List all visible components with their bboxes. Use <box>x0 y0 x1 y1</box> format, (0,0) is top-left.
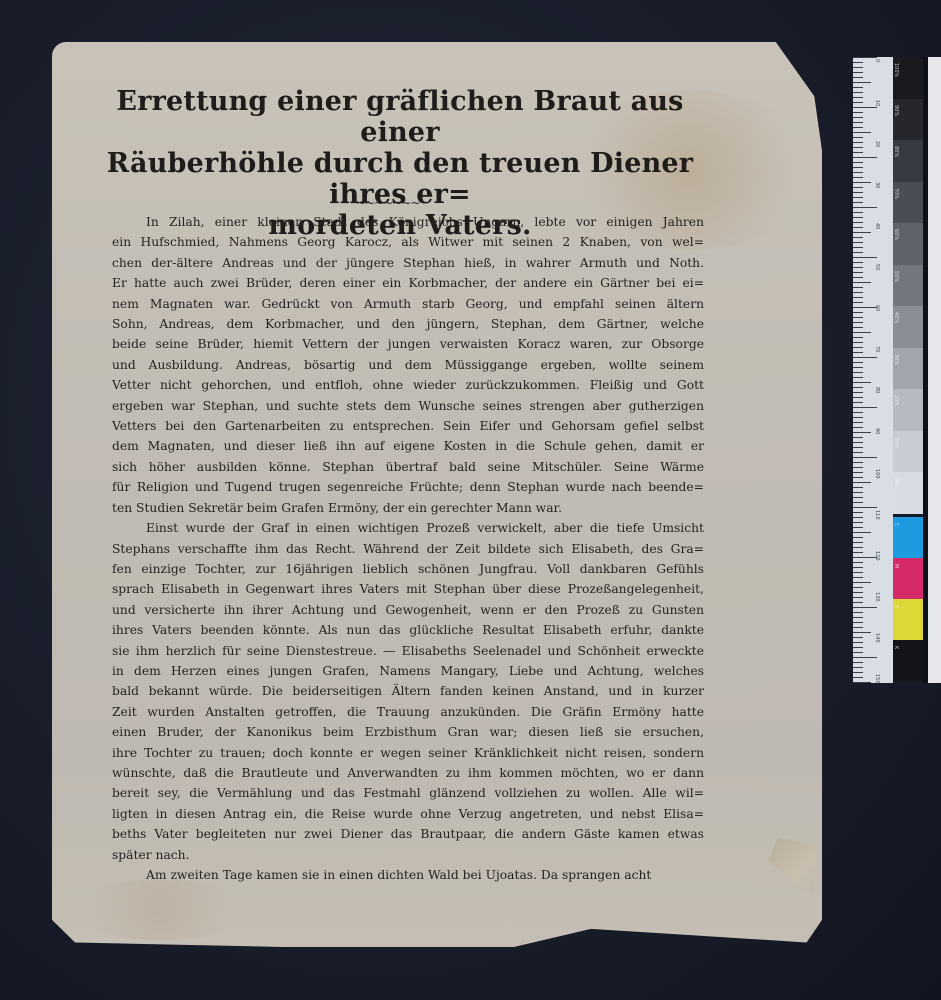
text-line: ein Hufschmied, Nahmens Georg Karocz, al… <box>78 232 704 252</box>
ruler-tick <box>853 257 877 258</box>
ruler-tick <box>853 142 863 143</box>
ruler-tick <box>853 352 863 353</box>
color-patch: Y <box>893 599 923 640</box>
ruler-tick <box>853 362 863 363</box>
text-line: ergeben war Stephan, und suchte stets de… <box>78 396 704 416</box>
patch-label: 10% <box>893 437 899 448</box>
ruler-tick <box>853 432 871 433</box>
ruler-tick <box>853 367 863 368</box>
ruler-tick <box>853 657 877 658</box>
ruler-tick <box>853 217 863 218</box>
ruler-tick <box>853 482 871 483</box>
ruler-tick <box>853 412 863 413</box>
ruler-tick <box>853 157 877 158</box>
gray-patch: 80% <box>893 140 923 182</box>
patch-label: 50% <box>893 271 899 282</box>
ruler-tick <box>853 407 877 408</box>
ruler-tick <box>853 267 863 268</box>
ruler-label: 140 <box>874 633 880 643</box>
ruler-tick <box>853 467 863 468</box>
ruler-tick <box>853 382 871 383</box>
ruler-tick <box>853 632 871 633</box>
text-line: in dem Herzen eines jungen Grafen, Namen… <box>78 661 704 681</box>
ruler-tick <box>853 172 863 173</box>
ruler-tick <box>853 652 863 653</box>
gray-patch: 10% <box>893 431 923 473</box>
ruler-tick <box>853 112 863 113</box>
paragraph: In Zilah, einer kleinen Stadt des Königr… <box>112 212 704 518</box>
ruler-tick <box>853 302 863 303</box>
ruler-tick <box>853 282 871 283</box>
ruler-tick <box>853 622 863 623</box>
text-line: einen Bruder, der Kanonikus beim Erzbist… <box>78 722 704 742</box>
ruler-tick <box>853 607 877 608</box>
body-text: In Zilah, einer kleinen Stadt des Königr… <box>112 212 704 885</box>
ruler-tick <box>853 212 863 213</box>
ruler-tick <box>853 327 863 328</box>
ruler-tick <box>853 647 863 648</box>
color-patch: C <box>893 517 923 558</box>
ruler-tick <box>853 117 863 118</box>
text-line: fen einzige Tochter, zur 16jährigen lieb… <box>78 559 704 579</box>
ruler-tick <box>853 192 863 193</box>
paper-stain <box>60 880 260 940</box>
ruler-tick <box>853 247 863 248</box>
patch-label: M <box>893 564 899 568</box>
ruler-tick <box>853 287 863 288</box>
patch-label: 20% <box>893 395 899 406</box>
ruler-tick <box>853 612 863 613</box>
ruler-tick <box>853 642 863 643</box>
ruler-tick <box>853 132 871 133</box>
ruler-tick <box>853 137 863 138</box>
title-line: Errettung einer gräflichen Braut aus ein… <box>100 86 700 148</box>
ruler-tick <box>853 487 863 488</box>
ruler-tick <box>853 227 863 228</box>
ruler-tick <box>853 277 863 278</box>
ruler-label: 80 <box>874 387 880 393</box>
ruler-tick <box>853 177 863 178</box>
ruler-tick <box>853 372 863 373</box>
ruler-tick <box>853 597 863 598</box>
measurement-ruler: 0102030405060708090100110120130140150 <box>853 57 893 683</box>
ruler-label: 60 <box>874 305 880 311</box>
ruler-tick <box>853 237 863 238</box>
text-line: bald bekannt würde. Die beiderseitigen Ä… <box>78 681 704 701</box>
ruler-tick <box>853 197 863 198</box>
patch-label: 90% <box>893 105 899 116</box>
ruler-tick <box>853 582 871 583</box>
ruler-tick <box>853 542 863 543</box>
text-line: Vetter nicht gehorchen, und entfloh, ohn… <box>78 375 704 395</box>
ruler-tick <box>853 152 863 153</box>
ruler-tick <box>853 182 871 183</box>
gray-patch: 100% <box>893 57 923 99</box>
ruler-tick <box>853 512 863 513</box>
ruler-tick <box>853 452 863 453</box>
ruler-tick <box>853 567 863 568</box>
patch-label: 100% <box>893 63 899 77</box>
ruler-tick <box>853 342 863 343</box>
ruler-tick <box>853 492 863 493</box>
ruler-tick <box>853 592 863 593</box>
text-line: und versicherte ihn ihrer Achtung und Ge… <box>78 600 704 620</box>
color-patches: 100%90%80%70%60%50%40%30%20%10%0%CMYK <box>893 57 923 683</box>
ruler-tick <box>853 677 863 678</box>
text-line: sprach Elisabeth in Gegenwart ihres Vate… <box>78 579 704 599</box>
ruler-label: 120 <box>874 551 880 561</box>
ruler-tick <box>853 507 877 508</box>
ruler-tick <box>853 207 877 208</box>
text-line: In Zilah, einer kleinen Stadt des Königr… <box>112 212 704 232</box>
gray-patch: 30% <box>893 348 923 390</box>
gray-patch: 90% <box>893 99 923 141</box>
ruler-tick <box>853 662 863 663</box>
ruler-tick <box>853 667 863 668</box>
text-line: ligten in diesen Antrag ein, die Reise w… <box>78 804 704 824</box>
text-line: ihre Tochter zu trauen; doch konnte er w… <box>78 743 704 763</box>
gray-patch: 70% <box>893 182 923 224</box>
patch-label: 70% <box>893 188 899 199</box>
ruler-tick <box>853 347 863 348</box>
patch-label: C <box>893 523 899 527</box>
ruler-label: 70 <box>874 346 880 352</box>
gray-patch: 20% <box>893 389 923 431</box>
ruler-tick <box>853 517 863 518</box>
ruler-tick <box>853 377 863 378</box>
color-patch: K <box>893 640 923 681</box>
ruler-tick <box>853 77 863 78</box>
ruler-label: 100 <box>874 469 880 479</box>
ruler-tick <box>853 417 863 418</box>
ruler-tick <box>853 552 863 553</box>
text-line: sie ihm herzlich für seine Dienstestreue… <box>78 641 704 661</box>
ruler-tick <box>853 357 877 358</box>
ruler-tick <box>853 97 863 98</box>
ruler-tick <box>853 122 863 123</box>
patch-label: K <box>893 646 899 649</box>
ruler-tick <box>853 682 871 683</box>
patch-label: 60% <box>893 229 899 240</box>
text-line: sich höher ausbilden könne. Stephan über… <box>78 457 704 477</box>
text-line: Er hatte auch zwei Brüder, deren einer e… <box>78 273 704 293</box>
ruler-label: 150 <box>874 674 880 684</box>
text-line: beide seine Brüder, hiemit Vettern der j… <box>78 334 704 354</box>
ruler-tick <box>853 547 863 548</box>
ruler-tick <box>853 587 863 588</box>
text-line: Zeit wurden Anstalten getroffen, die Tra… <box>78 702 704 722</box>
ruler-tick <box>853 312 863 313</box>
ruler-tick <box>853 147 863 148</box>
ruler-tick <box>853 437 863 438</box>
ruler-tick <box>853 322 863 323</box>
ruler-tick <box>853 87 863 88</box>
ruler-tick <box>853 502 863 503</box>
text-line: dem Magnaten, und dieser ließ ihn auf ei… <box>78 436 704 456</box>
ruler-tick <box>853 72 863 73</box>
ruler-tick <box>853 617 863 618</box>
text-line: und Ausbildung. Andreas, bösartig und de… <box>78 355 704 375</box>
ruler-tick <box>853 627 863 628</box>
white-reference-strip <box>928 57 941 683</box>
ruler-tick <box>853 472 863 473</box>
ruler-tick <box>853 387 863 388</box>
ruler-tick <box>853 497 863 498</box>
ruler-label: 40 <box>874 223 880 229</box>
ruler-tick <box>853 532 871 533</box>
ruler-tick <box>853 537 863 538</box>
text-line: Sohn, Andreas, dem Korbmacher, und den j… <box>78 314 704 334</box>
ruler-tick <box>853 572 863 573</box>
ruler-label: 130 <box>874 592 880 602</box>
ruler-label: 30 <box>874 182 880 188</box>
ruler-tick <box>853 462 863 463</box>
ruler-label: 110 <box>874 510 880 520</box>
ruler-tick <box>853 272 863 273</box>
gray-patch: 50% <box>893 265 923 307</box>
ruler-tick <box>853 402 863 403</box>
ruler-label: 50 <box>874 264 880 270</box>
ruler-tick <box>853 82 871 83</box>
ruler-tick <box>853 92 863 93</box>
ruler-label: 0 <box>874 59 880 62</box>
text-line: chen der-ältere Andreas und der jüngere … <box>78 253 704 273</box>
ruler-label: 10 <box>874 100 880 106</box>
ruler-tick <box>853 527 863 528</box>
ruler-tick <box>853 577 863 578</box>
paragraph: Am zweiten Tage kamen sie in einen dicht… <box>112 865 704 885</box>
color-calibration-target: 0102030405060708090100110120130140150 10… <box>853 57 941 683</box>
gray-patch: 40% <box>893 306 923 348</box>
patch-label: 30% <box>893 354 899 365</box>
patch-label: 0% <box>893 478 899 486</box>
text-line: Vetters bei den Gartenarbeiten zu entspr… <box>78 416 704 436</box>
gray-patch: 60% <box>893 223 923 265</box>
color-patch: M <box>893 558 923 599</box>
ruler-tick <box>853 167 863 168</box>
ruler-tick <box>853 67 863 68</box>
ruler-tick <box>853 62 863 63</box>
ruler-tick <box>853 162 863 163</box>
ruler-tick <box>853 202 863 203</box>
ruler-tick <box>853 392 863 393</box>
text-line: später nach. <box>78 845 704 865</box>
ruler-tick <box>853 562 863 563</box>
text-line: beths Vater begleiteten nur zwei Diener … <box>78 824 704 844</box>
text-line: ihres Vaters beenden könnte. Als nun das… <box>78 620 704 640</box>
ruler-tick <box>853 397 863 398</box>
patch-label: Y <box>893 605 899 608</box>
patch-label: 40% <box>893 312 899 323</box>
text-line: für Religion und Tugend trugen segenreic… <box>78 477 704 497</box>
ruler-tick <box>853 447 863 448</box>
ruler-tick <box>853 422 863 423</box>
ruler-label: 20 <box>874 141 880 147</box>
ruler-tick <box>853 317 863 318</box>
ruler-tick <box>853 332 871 333</box>
ruler-label: 90 <box>874 428 880 434</box>
text-line: Einst wurde der Graf in einen wichtigen … <box>112 518 704 538</box>
ruler-tick <box>853 292 863 293</box>
ornament-divider: ~~~~~~~ <box>356 196 419 210</box>
paragraph: Einst wurde der Graf in einen wichtigen … <box>112 518 704 865</box>
ruler-tick <box>853 457 877 458</box>
ruler-tick <box>853 222 863 223</box>
gray-patch: 0% <box>893 472 923 514</box>
text-line: Stephans verschaffte ihm das Recht. Währ… <box>78 539 704 559</box>
ruler-tick <box>853 337 863 338</box>
ruler-tick <box>853 252 863 253</box>
text-line: bereit sey, die Vermählung und das Festm… <box>78 783 704 803</box>
ruler-tick <box>853 187 863 188</box>
ruler-tick <box>853 522 863 523</box>
ruler-tick <box>853 672 863 673</box>
ruler-tick <box>853 242 863 243</box>
ruler-tick <box>853 107 877 108</box>
ruler-tick <box>853 442 863 443</box>
ruler-tick <box>853 127 863 128</box>
text-line: wünschte, daß die Brautleute und Anverwa… <box>78 763 704 783</box>
text-line: ten Studien Sekretär beim Grafen Ermöny,… <box>78 498 704 518</box>
ruler-tick <box>853 637 863 638</box>
ruler-tick <box>853 232 871 233</box>
ruler-tick <box>853 602 863 603</box>
ruler-tick <box>853 477 863 478</box>
ruler-tick <box>853 102 863 103</box>
ruler-tick <box>853 427 863 428</box>
text-line: nem Magnaten war. Gedrückt von Armuth st… <box>78 294 704 314</box>
ruler-tick <box>853 57 877 58</box>
ruler-tick <box>853 262 863 263</box>
text-line: Am zweiten Tage kamen sie in einen dicht… <box>112 865 704 885</box>
ruler-tick <box>853 297 863 298</box>
patch-label: 80% <box>893 146 899 157</box>
